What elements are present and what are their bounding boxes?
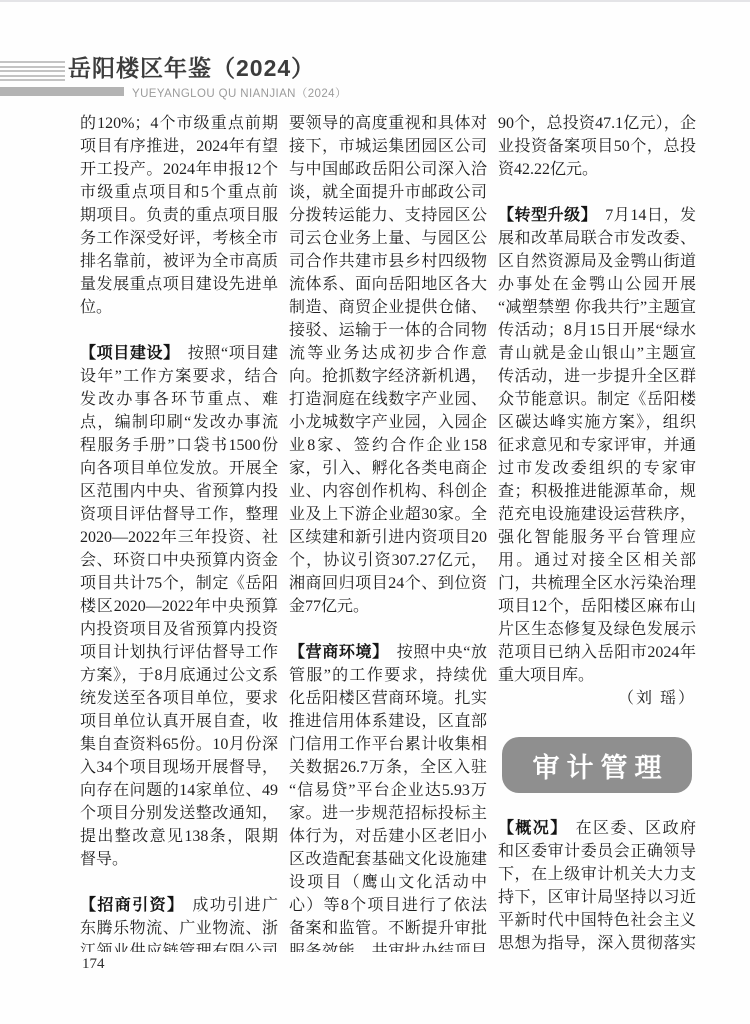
paragraph-continuation: 要领导的高度重视和具体对接下，市城运集团园区公司与中国邮政岳阳公司深入洽谈，就全… (289, 112, 487, 618)
header-bar-icon (0, 87, 124, 96)
column-1: 的120%；4个市级重点前期项目有序推进，2024年有望开工投产。2024年申报… (80, 112, 278, 952)
section-label: 【招商引资】 (80, 897, 184, 914)
header-stripes-icon (0, 61, 65, 84)
section-label: 【转型升级】 (498, 207, 597, 224)
text-columns: 的120%；4个市级重点前期项目有序推进，2024年有望开工投产。2024年申报… (80, 112, 697, 952)
section-overview: 【概况】在区委、区政府和区委审计委员会正确领导下，在上级审计机关大力支持下，区审… (498, 817, 696, 952)
author-attribution: （刘 瑶） (498, 687, 696, 710)
section-label: 【概况】 (498, 820, 568, 837)
section-text: 按照中央“放管服”的工作要求，持续优化岳阳楼区营商环境。扎实推进信用体系建设，区… (289, 644, 487, 952)
page-subtitle: YUEYANGLOU QU NIANJIAN（2024） (132, 85, 347, 101)
page-number: 174 (82, 956, 105, 973)
chapter-banner-label: 审计管理 (526, 746, 669, 785)
yearbook-page: 岳阳楼区年鉴（2024） YUEYANGLOU QU NIANJIAN（2024… (0, 0, 750, 1024)
chapter-banner-audit-management: 审计管理 (502, 737, 692, 793)
paragraph-continuation: 90个，总投资47.1亿元），企业投资备案项目50个，总投资42.22亿元。 (498, 112, 696, 181)
section-project-construction: 【项目建设】按照“项目建设年”工作方案要求，结合发改办事各环节重点、难点，编制印… (80, 342, 278, 871)
section-transformation-upgrade: 【转型升级】7月14日，发展和改革局联合市发改委、区自然资源局及金鹗山街道办事处… (498, 204, 696, 687)
section-label: 【营商环境】 (289, 644, 389, 661)
section-business-environment: 【营商环境】按照中央“放管服”的工作要求，持续优化岳阳楼区营商环境。扎实推进信用… (289, 641, 487, 952)
section-investment-attraction: 【招商引资】成功引进广东腾乐物流、广业物流、浙江领业供应链管理有限公司等物流企业… (80, 894, 278, 952)
section-text: 按照“项目建设年”工作方案要求，结合发改办事各环节重点、难点，编制印刷“发改办事… (80, 345, 278, 868)
section-label: 【项目建设】 (80, 345, 180, 362)
column-2: 要领导的高度重视和具体对接下，市城运集团园区公司与中国邮政岳阳公司深入洽谈，就全… (289, 112, 487, 952)
section-text: 在区委、区政府和区委审计委员会正确领导下，在上级审计机关大力支持下，区审计局坚持… (498, 820, 696, 952)
section-text: 7月14日，发展和改革局联合市发改委、区自然资源局及金鹗山街道办事处在金鹗山公园… (498, 207, 696, 684)
paragraph-continuation: 的120%；4个市级重点前期项目有序推进，2024年有望开工投产。2024年申报… (80, 112, 278, 319)
page-title: 岳阳楼区年鉴（2024） (68, 50, 315, 83)
column-3: 90个，总投资47.1亿元），企业投资备案项目50个，总投资42.22亿元。 【… (498, 112, 696, 952)
